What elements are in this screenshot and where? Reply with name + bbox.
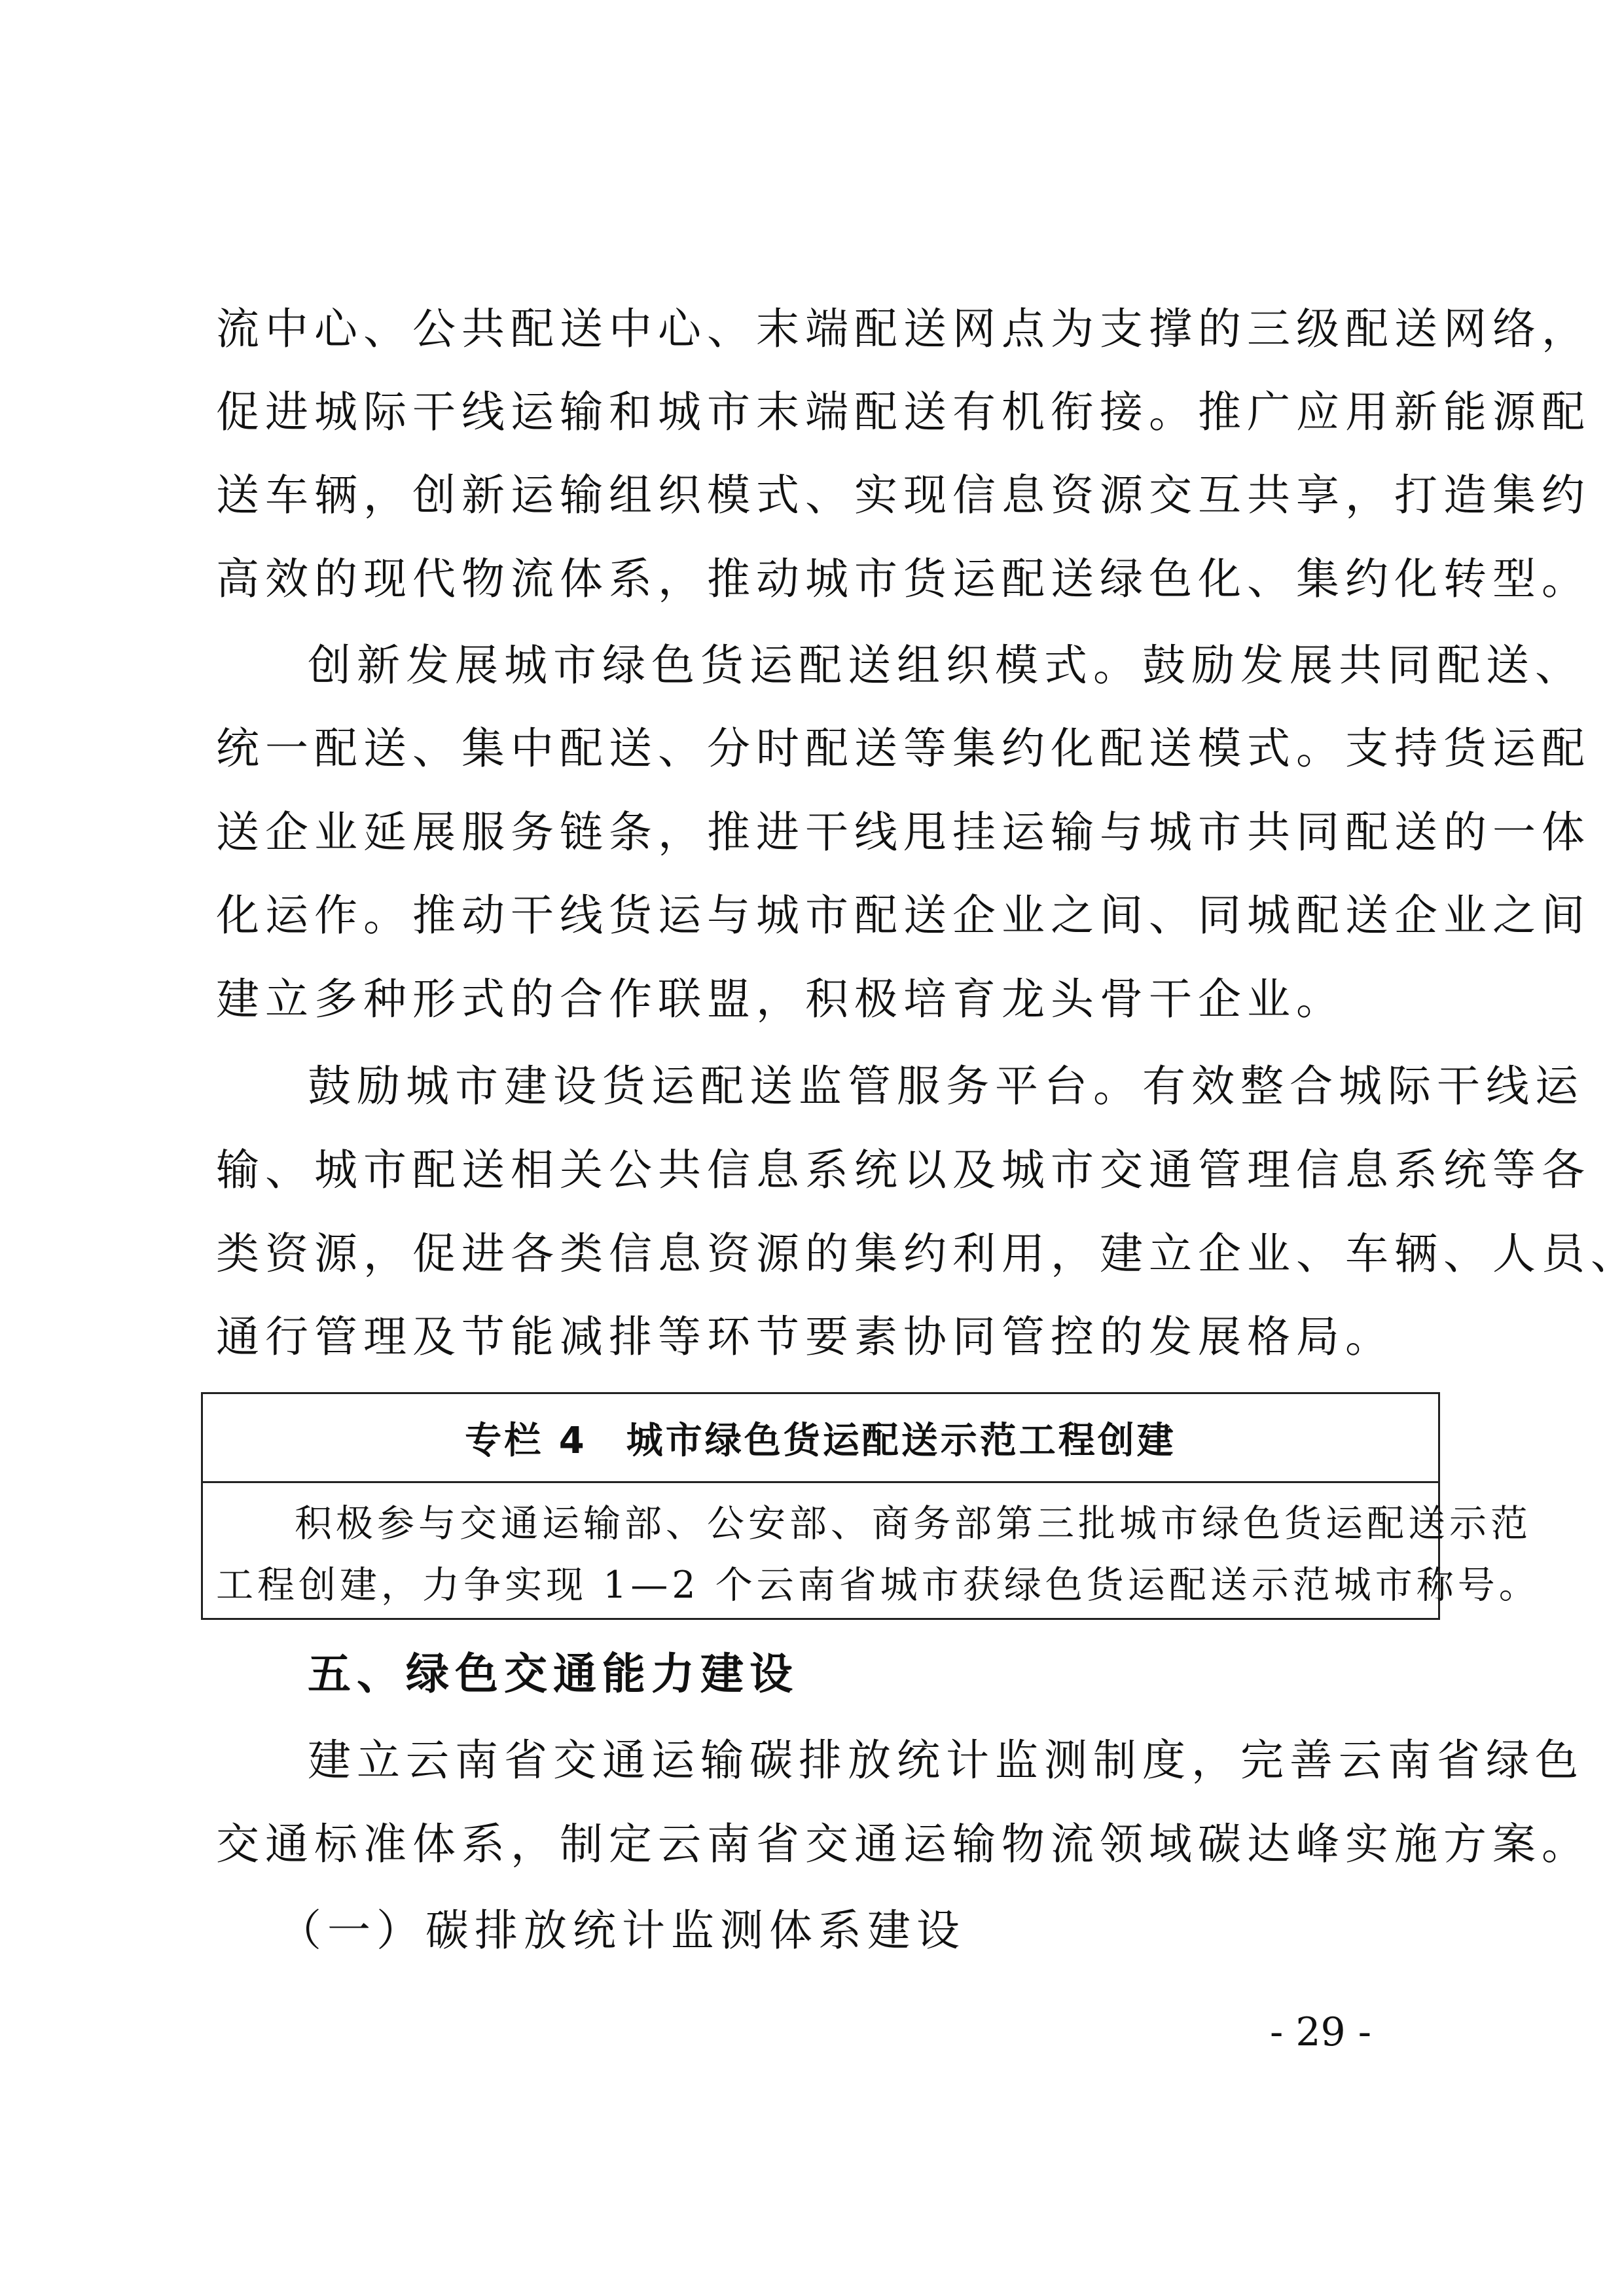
paragraph-line: 鼓励城市建设货运配送监管服务平台。有效整合城际干线运 [308,1060,1420,1113]
paragraph-line: 流中心、公共配送中心、末端配送网点为支撑的三级配送网络， [216,303,1420,355]
page-number: - 29 - [1270,2009,1371,2055]
column-box: 专栏 4 城市绿色货运配送示范工程创建 积极参与交通运输部、公安部、商务部第三批… [201,1392,1440,1620]
paragraph-line: 送企业延展服务链条，推进干线甩挂运输与城市共同配送的一体 [216,806,1420,859]
paragraph-line: 交通标准体系，制定云南省交通运输物流领域碳达峰实施方案。 [216,1818,1420,1871]
column-box-line: 积极参与交通运输部、公安部、商务部第三批城市绿色货运配送示范 [295,1501,1532,1547]
section-heading: 五、绿色交通能力建设 [308,1648,1420,1700]
paragraph-line: 送车辆，创新运输组织模式、实现信息资源交互共享，打造集约 [216,469,1420,522]
column-box-line: 工程创建，力争实现 1—2 个云南省城市获绿色货运配送示范城市称号。 [216,1562,1540,1608]
paragraph-line: 建立多种形式的合作联盟，积极培育龙头骨干企业。 [216,973,1420,1026]
subsection-heading: （一）碳排放统计监测体系建设 [278,1905,1391,1957]
paragraph-line: 创新发展城市绿色货运配送组织模式。鼓励发展共同配送、 [308,639,1420,692]
paragraph-line: 促进城际干线运输和城市末端配送有机衔接。推广应用新能源配 [216,386,1420,439]
paragraph-line: 输、城市配送相关公共信息系统以及城市交通管理信息系统等各 [216,1144,1420,1196]
paragraph-line: 化运作。推动干线货运与城市配送企业之间、同城配送企业之间 [216,889,1420,942]
column-box-title: 专栏 4 城市绿色货运配送示范工程创建 [203,1394,1438,1483]
paragraph-line: 统一配送、集中配送、分时配送等集约化配送模式。支持货运配 [216,723,1420,775]
paragraph-line: 通行管理及节能减排等环节要素协同管控的发展格局。 [216,1311,1420,1363]
paragraph-line: 类资源，促进各类信息资源的集约利用，建立企业、车辆、人员、 [216,1228,1420,1280]
paragraph-line: 建立云南省交通运输碳排放统计监测制度，完善云南省绿色 [308,1734,1420,1787]
paragraph-line: 高效的现代物流体系，推动城市货运配送绿色化、集约化转型。 [216,553,1420,605]
